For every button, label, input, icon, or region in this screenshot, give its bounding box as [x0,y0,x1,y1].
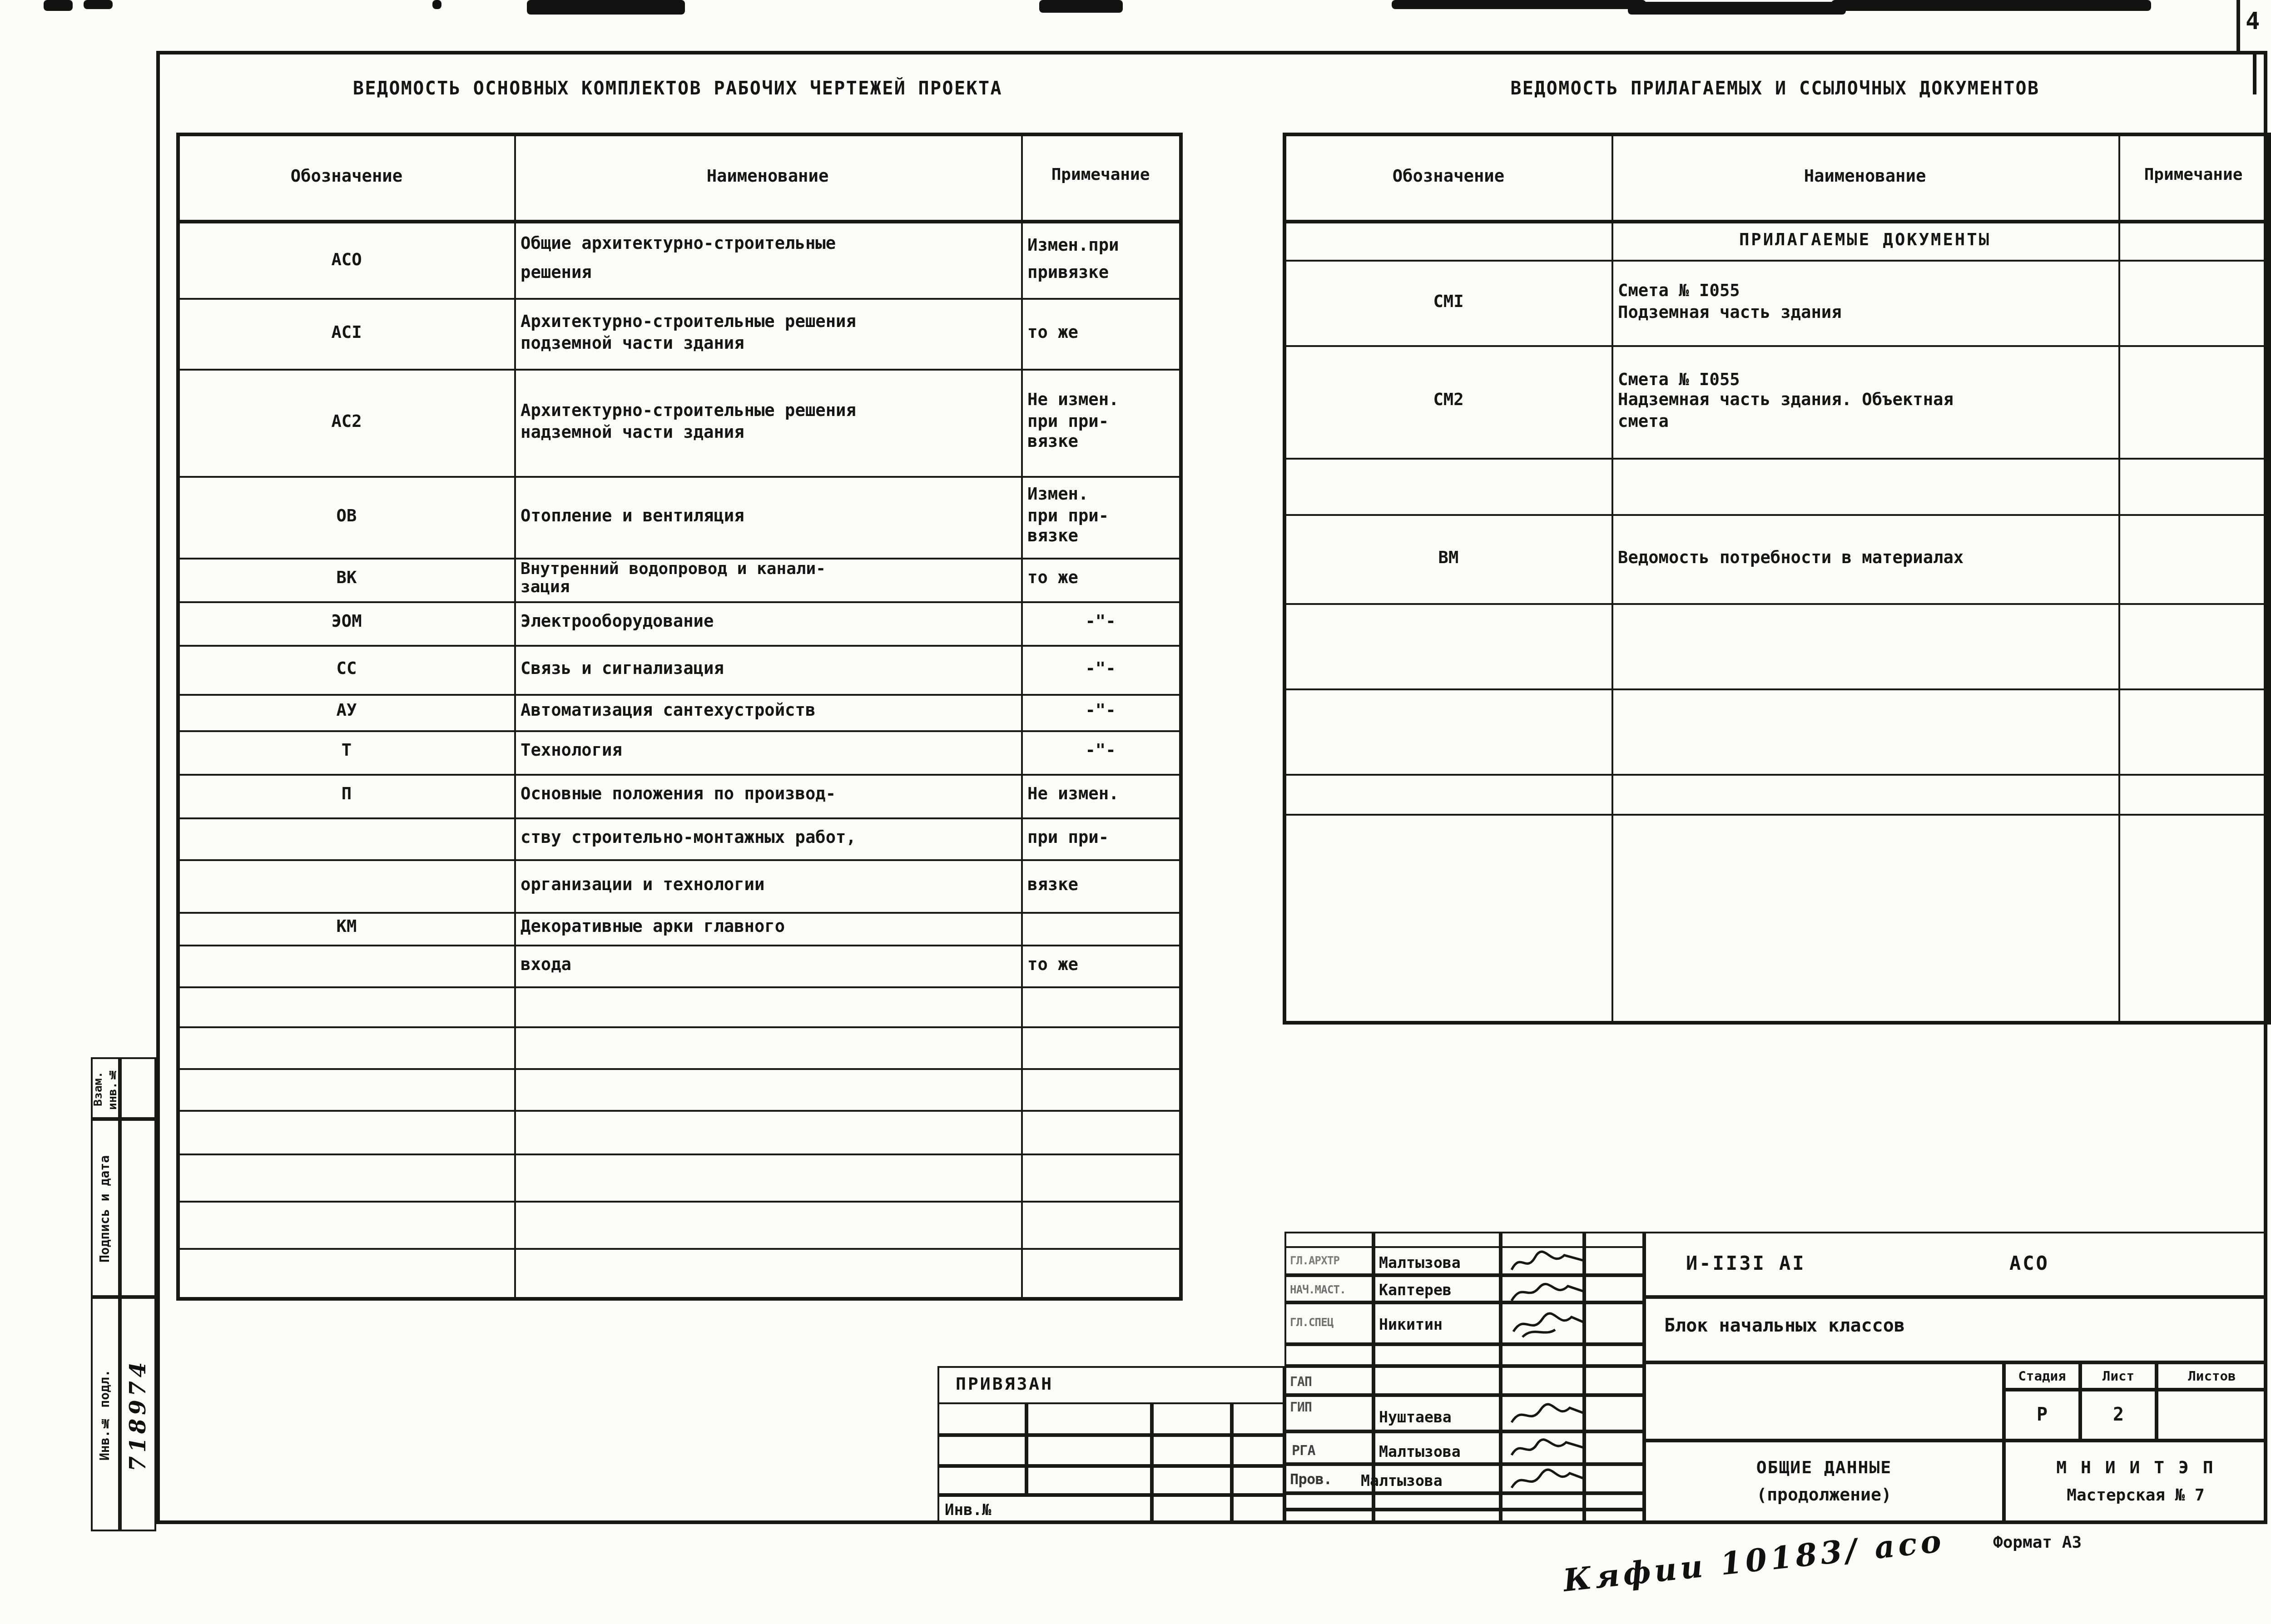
cell-code: П [178,774,514,817]
privyazan-cell [1026,1466,1152,1495]
cell-note: -"- [1021,730,1181,774]
cell-code [1284,774,1612,814]
cell-name [514,1026,1021,1068]
cell-name: Смета № I055 Надземная часть здания. Объ… [1612,345,2118,458]
margin-cell-handnumber: 718974 [120,1297,156,1531]
privyazan-inv-cell: Инв.№ [937,1495,1152,1524]
role-label: ГЛ.АРХТР [1290,1255,1339,1268]
cell-code [178,945,514,986]
privyazan-cell [1232,1435,1284,1466]
cell-name: Автоматизация сантехустройств [514,694,1021,730]
stamp-date-cell [1584,1395,1644,1431]
cell-code: ЭОМ [178,601,514,645]
margin-label: Инв.№ подл. [93,1299,118,1530]
stamp-cell [1584,1510,1644,1524]
stage-value-cell: Р [2004,1390,2080,1441]
margin-cell-inv: Инв.№ подл. [91,1297,120,1531]
cell-code [1284,688,1612,774]
workshop-name: Мастерская № 7 [2056,1488,2215,1506]
cell-code [178,1154,514,1201]
doc-code-cell: И-II3I АI АСО [1644,1232,2267,1297]
stamp-role-cell: РГА [1284,1431,1374,1464]
sheet-title-line1: ОБЩИЕ ДАННЫЕ [1756,1459,1892,1479]
signature-icon [1508,1468,1588,1493]
cell-code [178,859,514,912]
stamp-date-cell [1584,1275,1644,1302]
sheet-header-cell: Лист [2080,1362,2157,1390]
doc-code: И-II3I АI [1686,1253,1806,1275]
cell-note [2118,814,2269,1023]
column-header: Наименование [514,134,1021,222]
format-label: Формат А3 [1993,1535,2082,1553]
cell-code [178,817,514,859]
stamp-cell [1374,1510,1501,1524]
cell-note: Измен.при привязке [1021,222,1181,298]
column-header: Обозначение [1284,134,1612,222]
cell-code [178,1110,514,1154]
privyazan-cell [1026,1435,1152,1466]
cell-note [1021,912,1181,945]
stamp-cell [1501,1344,1584,1366]
stamp-signature-cell [1501,1431,1584,1464]
cell-name: Отопление и вентиляция [514,476,1021,558]
cell-note [2118,222,2269,260]
cell-name: ству строительно-монтажных работ, [514,817,1021,859]
stamp-name-cell: Малтызова [1374,1246,1501,1275]
stage-value: Р [2037,1405,2048,1425]
sheets-header: Листов [2188,1368,2236,1384]
role-label: ГАП [1290,1375,1312,1390]
cell-code [178,986,514,1026]
cell-name: Внутренний водопровод и канали- зация [514,558,1021,601]
inventory-number-handwritten: 718974 [122,1299,154,1530]
stamp-role-cell: ГАП [1284,1366,1374,1395]
sheet-header: Лист [2102,1368,2134,1384]
cell-name [514,986,1021,1026]
person-name: Каптерев [1379,1281,1452,1299]
stamp-cell [1374,1232,1501,1248]
margin-cell-blank [120,1057,156,1119]
cell-note [2118,458,2269,514]
cell-name: Декоративные арки главного [514,912,1021,945]
column-header: Обозначение [178,134,514,222]
stamp-cell [1584,1344,1644,1366]
cell-code: КМ [178,912,514,945]
cell-code: СС [178,645,514,694]
cell-note: -"- [1021,601,1181,645]
privyazan-cell [1232,1495,1284,1524]
handwritten-note: Кяфии 10183/ асо [1562,1524,1947,1600]
stamp-role-cell: ГЛ.СПЕЦ [1284,1302,1374,1344]
margin-label: Взам. инв.№ [93,1059,118,1117]
cell-note: то же [1021,558,1181,601]
inv-label: Инв.№ [945,1502,991,1520]
cell-code [178,1026,514,1068]
cell-code [178,1201,514,1248]
stamp-empty-cell [1644,1362,2004,1441]
cell-code [1284,458,1612,514]
cell-code: Т [178,730,514,774]
drawing-sheet: 4 Взам. инв.№ Подпись и дата Инв.№ подл.… [0,0,2271,1624]
stamp-cell [1284,1493,1374,1510]
stamp-date-cell [1584,1431,1644,1464]
cell-name [514,1248,1021,1299]
cell-name: Архитектурно-строительные решения надзем… [514,369,1021,476]
stamp-cell [1501,1232,1584,1248]
role-label: ГИП [1290,1401,1312,1415]
stamp-name-cell: Никитин [1374,1302,1501,1344]
cell-code [1284,222,1612,260]
stamp-date-cell [1584,1366,1644,1395]
column-header: Наименование [1612,134,2118,222]
margin-cell-vzam: Взам. инв.№ [91,1057,120,1119]
stamp-signature-cell [1501,1275,1584,1302]
role-label: НАЧ.МАСТ. [1290,1284,1346,1297]
privyazan-cell [1026,1402,1152,1435]
cell-code: АУ [178,694,514,730]
margin-cell-blank [120,1119,156,1297]
scan-artifact [1392,0,1646,9]
scan-artifact [1628,2,1846,15]
column-header: Примечание [1021,134,1181,222]
sheet-title-line2: (продолжение) [1756,1486,1892,1506]
stamp-cell [1284,1344,1374,1366]
stamp-signature-cell [1501,1464,1584,1493]
stamp-cell [1284,1510,1374,1524]
stamp-date-cell [1584,1246,1644,1275]
cell-code: ВК [178,558,514,601]
cell-name [514,1154,1021,1201]
stamp-signature-cell [1501,1395,1584,1431]
signature-icon [1508,1308,1588,1341]
cell-note: Измен. при при- вязке [1021,476,1181,558]
privyazan-label: ПРИВЯЗАН [956,1375,1053,1395]
cell-name [1612,458,2118,514]
scan-artifact [1831,0,2151,11]
cell-name [514,1201,1021,1248]
cell-code: ВМ [1284,514,1612,603]
role-label: ГЛ.СПЕЦ [1290,1317,1334,1330]
cell-name [514,1068,1021,1110]
scan-artifact [84,0,113,9]
cell-name: организации и технологии [514,859,1021,912]
cell-note [2118,345,2269,458]
cell-note [1021,1201,1181,1248]
organization-name: М Н И И Т Э П [2056,1459,2215,1479]
margin-label: Подпись и дата [93,1121,118,1295]
privyazan-cell [1152,1435,1232,1466]
cell-name [514,1110,1021,1154]
cell-note [1021,1110,1181,1154]
cell-name: Архитектурно-строительные решения подзем… [514,298,1021,369]
stamp-role-cell: ГИП [1284,1395,1374,1431]
cell-note: то же [1021,945,1181,986]
signature-icon [1508,1401,1588,1430]
cell-code: ОВ [178,476,514,558]
signature-icon [1508,1435,1588,1462]
sheet-value-cell: 2 [2080,1390,2157,1441]
right-register-table: Обозначение Наименование Примечание ПРИЛ… [1283,133,2271,1025]
cell-note [2118,774,2269,814]
scan-artifact [527,0,685,15]
privyazan-banner: ПРИВЯЗАН [937,1366,1284,1404]
stage-header: Стадия [2018,1368,2066,1384]
cell-note [2118,603,2269,688]
cell-code: АС2 [178,369,514,476]
sheet-value: 2 [2113,1405,2124,1425]
section-label: ПРИЛАГАЕМЫЕ ДОКУМЕНТЫ [1612,222,2118,260]
stamp-cell [1584,1493,1644,1510]
cell-note: Не измен. при при- вязке [1021,369,1181,476]
cell-name: Общие архитектурно-строительные решения [514,222,1021,298]
stamp-name-cell: Нуштаева [1374,1395,1501,1431]
signature-icon [1508,1279,1588,1304]
cell-note [1021,1248,1181,1299]
stamp-signature-cell [1501,1366,1584,1395]
cell-name: входа [514,945,1021,986]
stamp-signature-cell [1501,1246,1584,1275]
cell-note [1021,1068,1181,1110]
stamp-date-cell [1584,1464,1644,1493]
cell-name [1612,814,2118,1023]
cell-name: Ведомость потребности в материалах [1612,514,2118,603]
cell-note: вязке [1021,859,1181,912]
cell-note: то же [1021,298,1181,369]
cell-note: Не измен. [1021,774,1181,817]
column-header: Примечание [2118,134,2269,222]
sheet-title-cell: ОБЩИЕ ДАННЫЕ (продолжение) [1644,1441,2004,1524]
stamp-cell [1374,1344,1501,1366]
privyazan-cell [1232,1466,1284,1495]
cell-note [1021,1154,1181,1201]
scan-artifact [432,0,441,9]
stamp-name-cell [1374,1366,1501,1395]
cell-code [1284,814,1612,1023]
privyazan-cell [1152,1495,1232,1524]
cell-name: Технология [514,730,1021,774]
stamp-cell [1501,1493,1584,1510]
stamp-role-cell: ГЛ.АРХТР [1284,1246,1374,1275]
cell-name [1612,603,2118,688]
stamp-date-cell [1584,1302,1644,1344]
sheets-value-cell [2157,1390,2267,1441]
privyazan-cell [1152,1466,1232,1495]
signature-icon [1508,1250,1588,1275]
margin-cell-podpis: Подпись и дата [91,1119,120,1297]
privyazan-cell [1232,1402,1284,1435]
cell-note [2118,260,2269,345]
cell-code [1284,603,1612,688]
person-name: Малтызова [1379,1442,1461,1461]
stamp-cell [1501,1510,1584,1524]
stamp-role-cell: НАЧ.МАСТ. [1284,1275,1374,1302]
privyazan-cell [937,1435,1026,1466]
page-number: 4 [2246,9,2260,36]
object-name-cell: Блок начальных классов [1644,1297,2267,1362]
privyazan-cell [937,1466,1026,1495]
role-label: РГА [1292,1442,1315,1459]
privyazan-cell [1152,1402,1232,1435]
cell-name: Связь и сигнализация [514,645,1021,694]
left-table-title: ВЕДОМОСТЬ ОСНОВНЫХ КОМПЛЕКТОВ РАБОЧИХ ЧЕ… [176,80,1179,100]
stamp-cell [1374,1493,1501,1510]
set-code: АСО [2009,1253,2049,1275]
person-name: Малтызова [1379,1253,1461,1272]
stamp-role-cell: Пров. [1284,1464,1374,1493]
cell-name: Основные положения по производ- [514,774,1021,817]
cell-note: -"- [1021,645,1181,694]
stamp-name-cell: Каптерев [1374,1275,1501,1302]
left-register-table: Обозначение Наименование Примечание АСО … [176,133,1183,1301]
sheets-header-cell: Листов [2157,1362,2267,1390]
cell-code: СМ2 [1284,345,1612,458]
cell-name: Электрооборудование [514,601,1021,645]
stamp-signature-cell [1501,1302,1584,1344]
cell-code: АСО [178,222,514,298]
right-table-title: ВЕДОМОСТЬ ПРИЛАГАЕМЫХ И ССЫЛОЧНЫХ ДОКУМЕ… [1283,80,2267,100]
cell-code [178,1248,514,1299]
stage-header-cell: Стадия [2004,1362,2080,1390]
cell-note [1021,986,1181,1026]
cell-code: СМI [1284,260,1612,345]
scan-artifact [44,0,73,11]
cell-name: Смета № I055 Подземная часть здания [1612,260,2118,345]
scan-artifact [1039,0,1123,13]
organization-cell: М Н И И Т Э П Мастерская № 7 [2004,1441,2267,1524]
cell-note [2118,514,2269,603]
stamp-name-cell: Малтызова [1374,1431,1501,1464]
cell-note: -"- [1021,694,1181,730]
cell-note [1021,1026,1181,1068]
person-name: Малтызова [1361,1471,1443,1490]
scanned-sheet: 4 Взам. инв.№ Подпись и дата Инв.№ подл.… [0,0,2271,1624]
stamp-name-cell: Малтызова [1374,1464,1501,1493]
cell-code [178,1068,514,1110]
privyazan-cell [937,1402,1026,1435]
stamp-cell [1584,1232,1644,1248]
object-name: Блок начальных классов [1664,1317,1905,1337]
person-name: Нуштаева [1379,1408,1452,1426]
stamp-cell [1284,1232,1374,1248]
role-label: Пров. [1290,1471,1332,1488]
cell-note [2118,688,2269,774]
person-name: Никитин [1379,1315,1443,1333]
cell-code: АСI [178,298,514,369]
cell-note: при при- [1021,817,1181,859]
cell-name [1612,774,2118,814]
cell-name [1612,688,2118,774]
